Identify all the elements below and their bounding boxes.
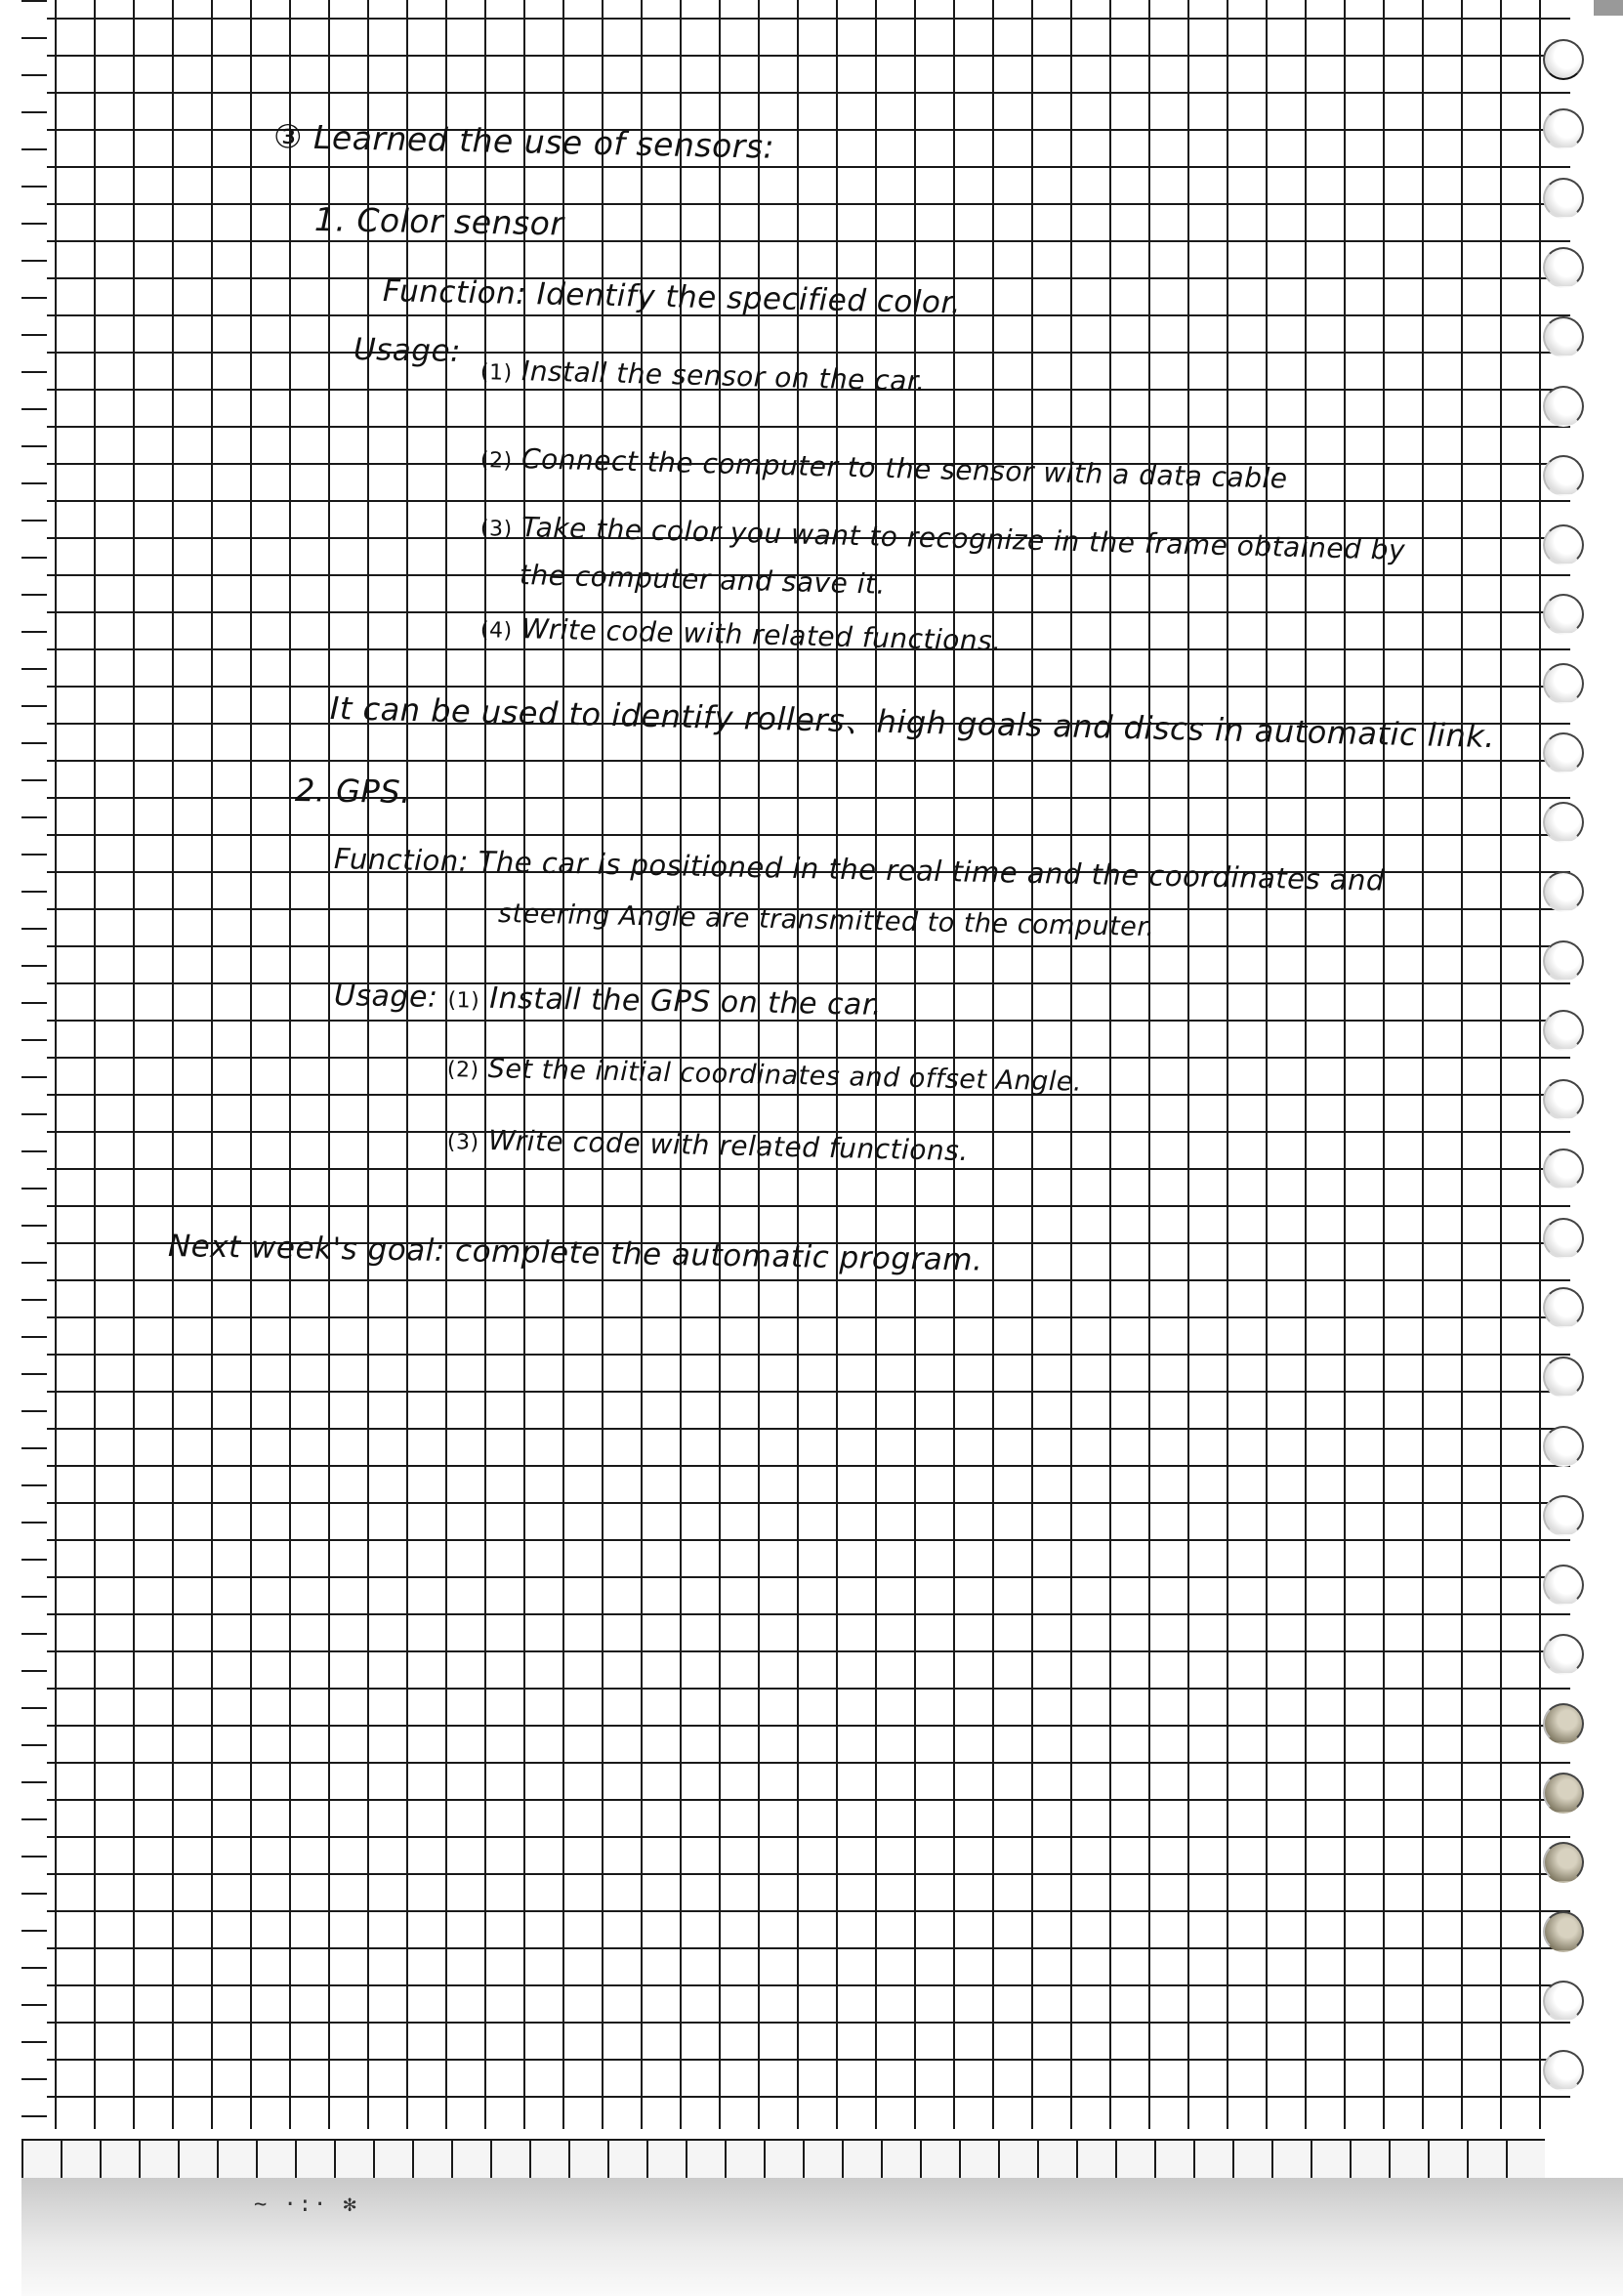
spiral-ring bbox=[1543, 732, 1584, 773]
spiral-ring bbox=[1543, 1426, 1584, 1467]
spiral-ring bbox=[1543, 1495, 1584, 1536]
step-text: Install the GPS on the car. bbox=[489, 981, 882, 1023]
spiral-ring bbox=[1543, 455, 1584, 496]
spiral-ring bbox=[1543, 316, 1584, 357]
notebook-bottom-edge bbox=[21, 2139, 1545, 2179]
spiral-ring bbox=[1543, 663, 1584, 704]
function-label: Function: bbox=[383, 273, 527, 312]
ink-smudge: ~ ·:· ✻ bbox=[254, 2192, 358, 2217]
spiral-ring bbox=[1543, 2050, 1584, 2091]
spiral-ring bbox=[1543, 1703, 1584, 1744]
goal-label: Next week's goal: bbox=[168, 1229, 445, 1269]
usage-label: Usage: bbox=[334, 979, 438, 1015]
corner-tab bbox=[1594, 0, 1623, 16]
function-label: Function: bbox=[334, 842, 470, 878]
spiral-ring bbox=[1543, 802, 1584, 843]
spiral-ring bbox=[1543, 1842, 1584, 1883]
spiral-ring bbox=[1543, 39, 1584, 80]
spiral-ring bbox=[1543, 247, 1584, 288]
spiral-ring bbox=[1543, 1010, 1584, 1051]
sensor-title-color: 1. Color sensor bbox=[314, 200, 564, 242]
step-number: (4) bbox=[480, 618, 513, 644]
spiral-ring bbox=[1543, 871, 1584, 912]
spiral-ring bbox=[1543, 386, 1584, 427]
spiral-ring bbox=[1543, 1218, 1584, 1259]
spiral-ring bbox=[1543, 1911, 1584, 1952]
spiral-ring bbox=[1543, 1565, 1584, 1606]
spiral-ring bbox=[1543, 940, 1584, 981]
spiral-binding bbox=[1543, 39, 1592, 2129]
spiral-ring bbox=[1543, 1981, 1584, 2022]
step-number: (2) bbox=[480, 448, 513, 474]
step-number: (3) bbox=[447, 1130, 479, 1155]
usage-label: Usage: bbox=[354, 332, 462, 369]
spiral-ring bbox=[1543, 524, 1584, 565]
sensor-title-gps: 2. GPS. bbox=[295, 772, 411, 811]
spiral-ring bbox=[1543, 1287, 1584, 1328]
spiral-ring bbox=[1543, 178, 1584, 219]
section-marker: ③ bbox=[273, 117, 304, 156]
spiral-ring bbox=[1543, 1148, 1584, 1190]
step-number: (3) bbox=[480, 517, 513, 542]
notebook-left-margin bbox=[21, 0, 49, 2129]
spiral-ring bbox=[1543, 594, 1584, 635]
spiral-ring bbox=[1543, 1357, 1584, 1398]
step-number: (1) bbox=[480, 360, 513, 386]
spiral-ring bbox=[1543, 1634, 1584, 1675]
step-number: (1) bbox=[447, 988, 479, 1014]
spiral-ring bbox=[1543, 1079, 1584, 1120]
spiral-ring bbox=[1543, 1773, 1584, 1814]
spiral-ring bbox=[1543, 108, 1584, 149]
step-number: (2) bbox=[447, 1058, 479, 1083]
